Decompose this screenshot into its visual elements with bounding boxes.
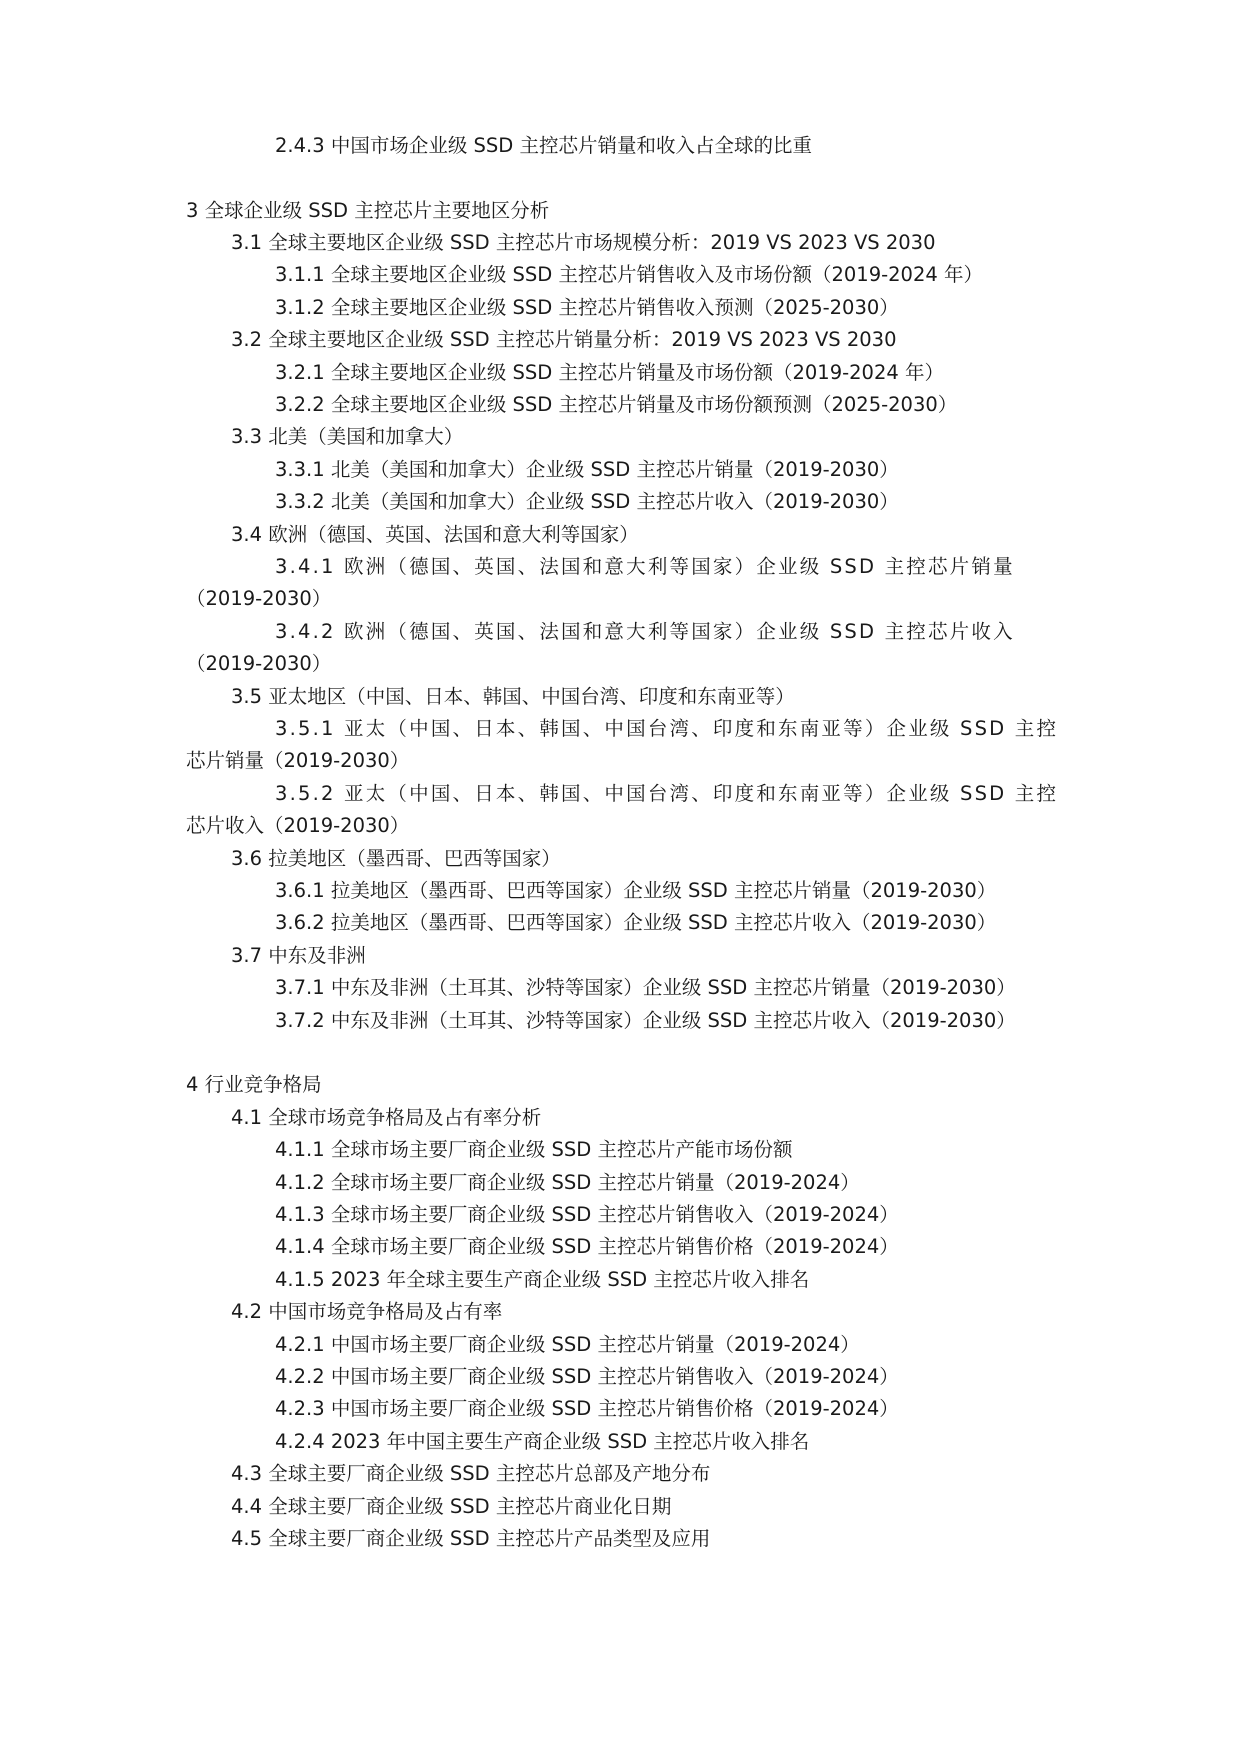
toc-entry-level-3: 3.2.1 全球主要地区企业级 SSD 主控芯片销量及市场份额（2019-202… — [275, 357, 944, 389]
toc-entry-level-3: 3.5.2 亚太（中国、日本、韩国、中国台湾、印度和东南亚等）企业级 SSD 主… — [275, 778, 1058, 810]
toc-entry-continuation: 芯片收入（2019-2030） — [186, 810, 409, 842]
toc-entry-level-3: 4.1.5 2023 年全球主要生产商企业级 SSD 主控芯片收入排名 — [275, 1264, 809, 1296]
toc-entry-level-3: 4.1.2 全球市场主要厂商企业级 SSD 主控芯片销量（2019-2024） — [275, 1167, 860, 1199]
toc-entry-level-3: 3.4.1 欧洲（德国、英国、法国和意大利等国家）企业级 SSD 主控芯片销量 — [275, 551, 1015, 583]
toc-entry-level-3: 4.2.2 中国市场主要厂商企业级 SSD 主控芯片销售收入（2019-2024… — [275, 1361, 899, 1393]
toc-entry-level-3: 3.6.1 拉美地区（墨西哥、巴西等国家）企业级 SSD 主控芯片销量（2019… — [275, 875, 996, 907]
toc-entry-level-3: 4.2.1 中国市场主要厂商企业级 SSD 主控芯片销量（2019-2024） — [275, 1329, 860, 1361]
toc-entry-level-1: 4 行业竞争格局 — [186, 1069, 322, 1101]
toc-entry-level-3: 3.6.2 拉美地区（墨西哥、巴西等国家）企业级 SSD 主控芯片收入（2019… — [275, 907, 996, 939]
toc-entry-level-3: 3.7.2 中东及非洲（土耳其、沙特等国家）企业级 SSD 主控芯片收入（201… — [275, 1005, 1016, 1037]
toc-entry-level-3: 3.2.2 全球主要地区企业级 SSD 主控芯片销量及市场份额预测（2025-2… — [275, 389, 957, 421]
toc-entry-level-2: 3.5 亚太地区（中国、日本、韩国、中国台湾、印度和东南亚等） — [231, 681, 795, 713]
toc-entry-level-2: 4.3 全球主要厂商企业级 SSD 主控芯片总部及产地分布 — [231, 1458, 710, 1490]
toc-entry-level-2: 4.2 中国市场竞争格局及占有率 — [231, 1296, 502, 1328]
toc-entry-level-3: 3.4.2 欧洲（德国、英国、法国和意大利等国家）企业级 SSD 主控芯片收入 — [275, 616, 1015, 648]
toc-entry-level-3: 3.1.1 全球主要地区企业级 SSD 主控芯片销售收入及市场份额（2019-2… — [275, 259, 983, 291]
toc-entry-level-3: 4.2.3 中国市场主要厂商企业级 SSD 主控芯片销售价格（2019-2024… — [275, 1393, 899, 1425]
toc-entry-level-2: 3.2 全球主要地区企业级 SSD 主控芯片销量分析：2019 VS 2023 … — [231, 324, 897, 356]
toc-entry-continuation: 芯片销量（2019-2030） — [186, 745, 409, 777]
toc-entry-level-2: 3.3 北美（美国和加拿大） — [231, 421, 463, 453]
toc-entry-level-3: 4.1.3 全球市场主要厂商企业级 SSD 主控芯片销售收入（2019-2024… — [275, 1199, 899, 1231]
document-page: 2.4.3 中国市场企业级 SSD 主控芯片销量和收入占全球的比重3 全球企业级… — [0, 0, 1240, 1753]
toc-entry-level-1: 3 全球企业级 SSD 主控芯片主要地区分析 — [186, 195, 549, 227]
toc-entry-level-2: 3.7 中东及非洲 — [231, 940, 366, 972]
toc-entry-level-3: 3.3.1 北美（美国和加拿大）企业级 SSD 主控芯片销量（2019-2030… — [275, 454, 899, 486]
toc-entry-level-2: 3.6 拉美地区（墨西哥、巴西等国家） — [231, 843, 561, 875]
toc-entry-level-2: 4.5 全球主要厂商企业级 SSD 主控芯片产品类型及应用 — [231, 1523, 710, 1555]
toc-entry-level-3: 4.1.1 全球市场主要厂商企业级 SSD 主控芯片产能市场份额 — [275, 1134, 792, 1166]
toc-entry-level-2: 4.1 全球市场竞争格局及占有率分析 — [231, 1102, 541, 1134]
toc-entry-continuation: （2019-2030） — [186, 583, 331, 615]
toc-entry-level-3: 2.4.3 中国市场企业级 SSD 主控芯片销量和收入占全球的比重 — [275, 130, 812, 162]
toc-entry-level-2: 4.4 全球主要厂商企业级 SSD 主控芯片商业化日期 — [231, 1491, 671, 1523]
toc-entry-level-3: 4.1.4 全球市场主要厂商企业级 SSD 主控芯片销售价格（2019-2024… — [275, 1231, 899, 1263]
toc-entry-level-3: 3.1.2 全球主要地区企业级 SSD 主控芯片销售收入预测（2025-2030… — [275, 292, 899, 324]
toc-entry-continuation: （2019-2030） — [186, 648, 331, 680]
toc-entry-level-3: 3.5.1 亚太（中国、日本、韩国、中国台湾、印度和东南亚等）企业级 SSD 主… — [275, 713, 1058, 745]
toc-entry-level-3: 4.2.4 2023 年中国主要生产商企业级 SSD 主控芯片收入排名 — [275, 1426, 809, 1458]
toc-entry-level-3: 3.7.1 中东及非洲（土耳其、沙特等国家）企业级 SSD 主控芯片销量（201… — [275, 972, 1016, 1004]
toc-entry-level-2: 3.1 全球主要地区企业级 SSD 主控芯片市场规模分析：2019 VS 202… — [231, 227, 936, 259]
toc-entry-level-3: 3.3.2 北美（美国和加拿大）企业级 SSD 主控芯片收入（2019-2030… — [275, 486, 899, 518]
toc-entry-level-2: 3.4 欧洲（德国、英国、法国和意大利等国家） — [231, 519, 639, 551]
